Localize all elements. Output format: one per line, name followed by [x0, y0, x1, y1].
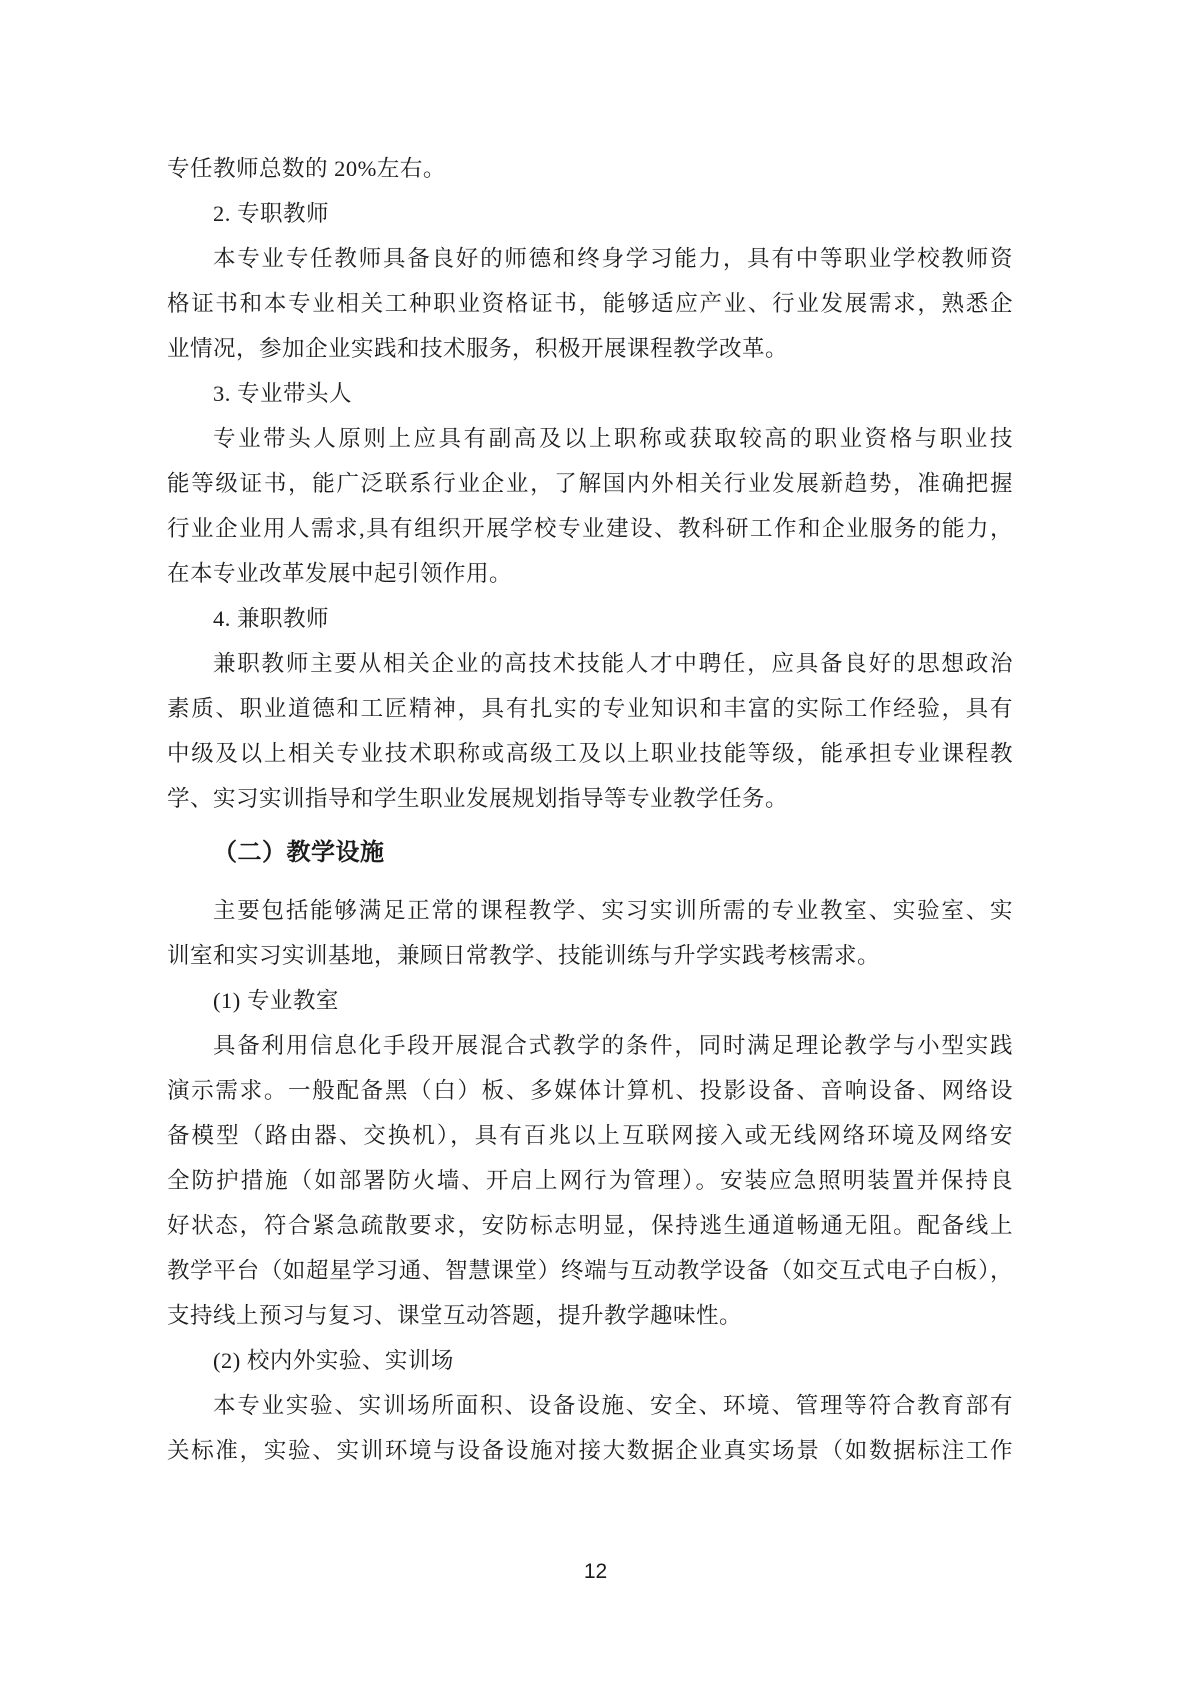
text-line: 中级及以上相关专业技术职称或高级工及以上职业技能等级，能承担专业课程教: [167, 731, 1013, 776]
text-line: 备模型（路由器、交换机），具有百兆以上互联网接入或无线网络环境及网络安: [167, 1113, 1013, 1158]
text-line: 关标准，实验、实训环境与设备设施对接大数据企业真实场景（如数据标注工作: [167, 1428, 1013, 1473]
text-line: 具备利用信息化手段开展混合式教学的条件，同时满足理论教学与小型实践: [167, 1023, 1013, 1068]
text-line: 好状态，符合紧急疏散要求，安防标志明显，保持逃生通道畅通无阻。配备线上: [167, 1203, 1013, 1248]
text-line: 教学平台（如超星学习通、智慧课堂）终端与互动教学设备（如交互式电子白板），: [167, 1248, 1013, 1293]
text-line: 全防护措施（如部署防火墙、开启上网行为管理）。安装应急照明装置并保持良: [167, 1158, 1013, 1203]
text-line: 支持线上预习与复习、课堂互动答题，提升教学趣味性。: [167, 1293, 1013, 1338]
text-line: (1) 专业教室: [167, 978, 1013, 1023]
text-line: 在本专业改革发展中起引领作用。: [167, 551, 1013, 596]
section-heading: （二）教学设施: [167, 831, 1013, 876]
text-line: 专业带头人原则上应具有副高及以上职称或获取较高的职业资格与职业技: [167, 416, 1013, 461]
text-line: 业情况，参加企业实践和技术服务，积极开展课程教学改革。: [167, 326, 1013, 371]
text-line: (2) 校内外实验、实训场: [167, 1338, 1013, 1383]
text-line: 2. 专职教师: [167, 191, 1013, 236]
document-body: 专任教师总数的 20%左右。2. 专职教师本专业专任教师具备良好的师德和终身学习…: [167, 146, 1013, 1473]
text-line: 4. 兼职教师: [167, 596, 1013, 641]
text-line: 格证书和本专业相关工种职业资格证书，能够适应产业、行业发展需求，熟悉企: [167, 281, 1013, 326]
page-number: 12: [0, 1558, 1191, 1586]
text-line: 训室和实习实训基地，兼顾日常教学、技能训练与升学实践考核需求。: [167, 933, 1013, 978]
text-line: 能等级证书，能广泛联系行业企业，了解国内外相关行业发展新趋势，准确把握: [167, 461, 1013, 506]
text-line: 专任教师总数的 20%左右。: [167, 146, 1013, 191]
text-line: 演示需求。一般配备黑（白）板、多媒体计算机、投影设备、音响设备、网络设: [167, 1068, 1013, 1113]
text-line: 行业企业用人需求,具有组织开展学校专业建设、教科研工作和企业服务的能力，: [167, 506, 1013, 551]
text-line: 素质、职业道德和工匠精神，具有扎实的专业知识和丰富的实际工作经验，具有: [167, 686, 1013, 731]
document-page: 专任教师总数的 20%左右。2. 专职教师本专业专任教师具备良好的师德和终身学习…: [0, 0, 1191, 1684]
text-line: 兼职教师主要从相关企业的高技术技能人才中聘任，应具备良好的思想政治: [167, 641, 1013, 686]
text-line: 本专业专任教师具备良好的师德和终身学习能力，具有中等职业学校教师资: [167, 236, 1013, 281]
text-line: 学、实习实训指导和学生职业发展规划指导等专业教学任务。: [167, 776, 1013, 821]
text-line: 主要包括能够满足正常的课程教学、实习实训所需的专业教室、实验室、实: [167, 888, 1013, 933]
text-line: 本专业实验、实训场所面积、设备设施、安全、环境、管理等符合教育部有: [167, 1383, 1013, 1428]
text-line: 3. 专业带头人: [167, 371, 1013, 416]
